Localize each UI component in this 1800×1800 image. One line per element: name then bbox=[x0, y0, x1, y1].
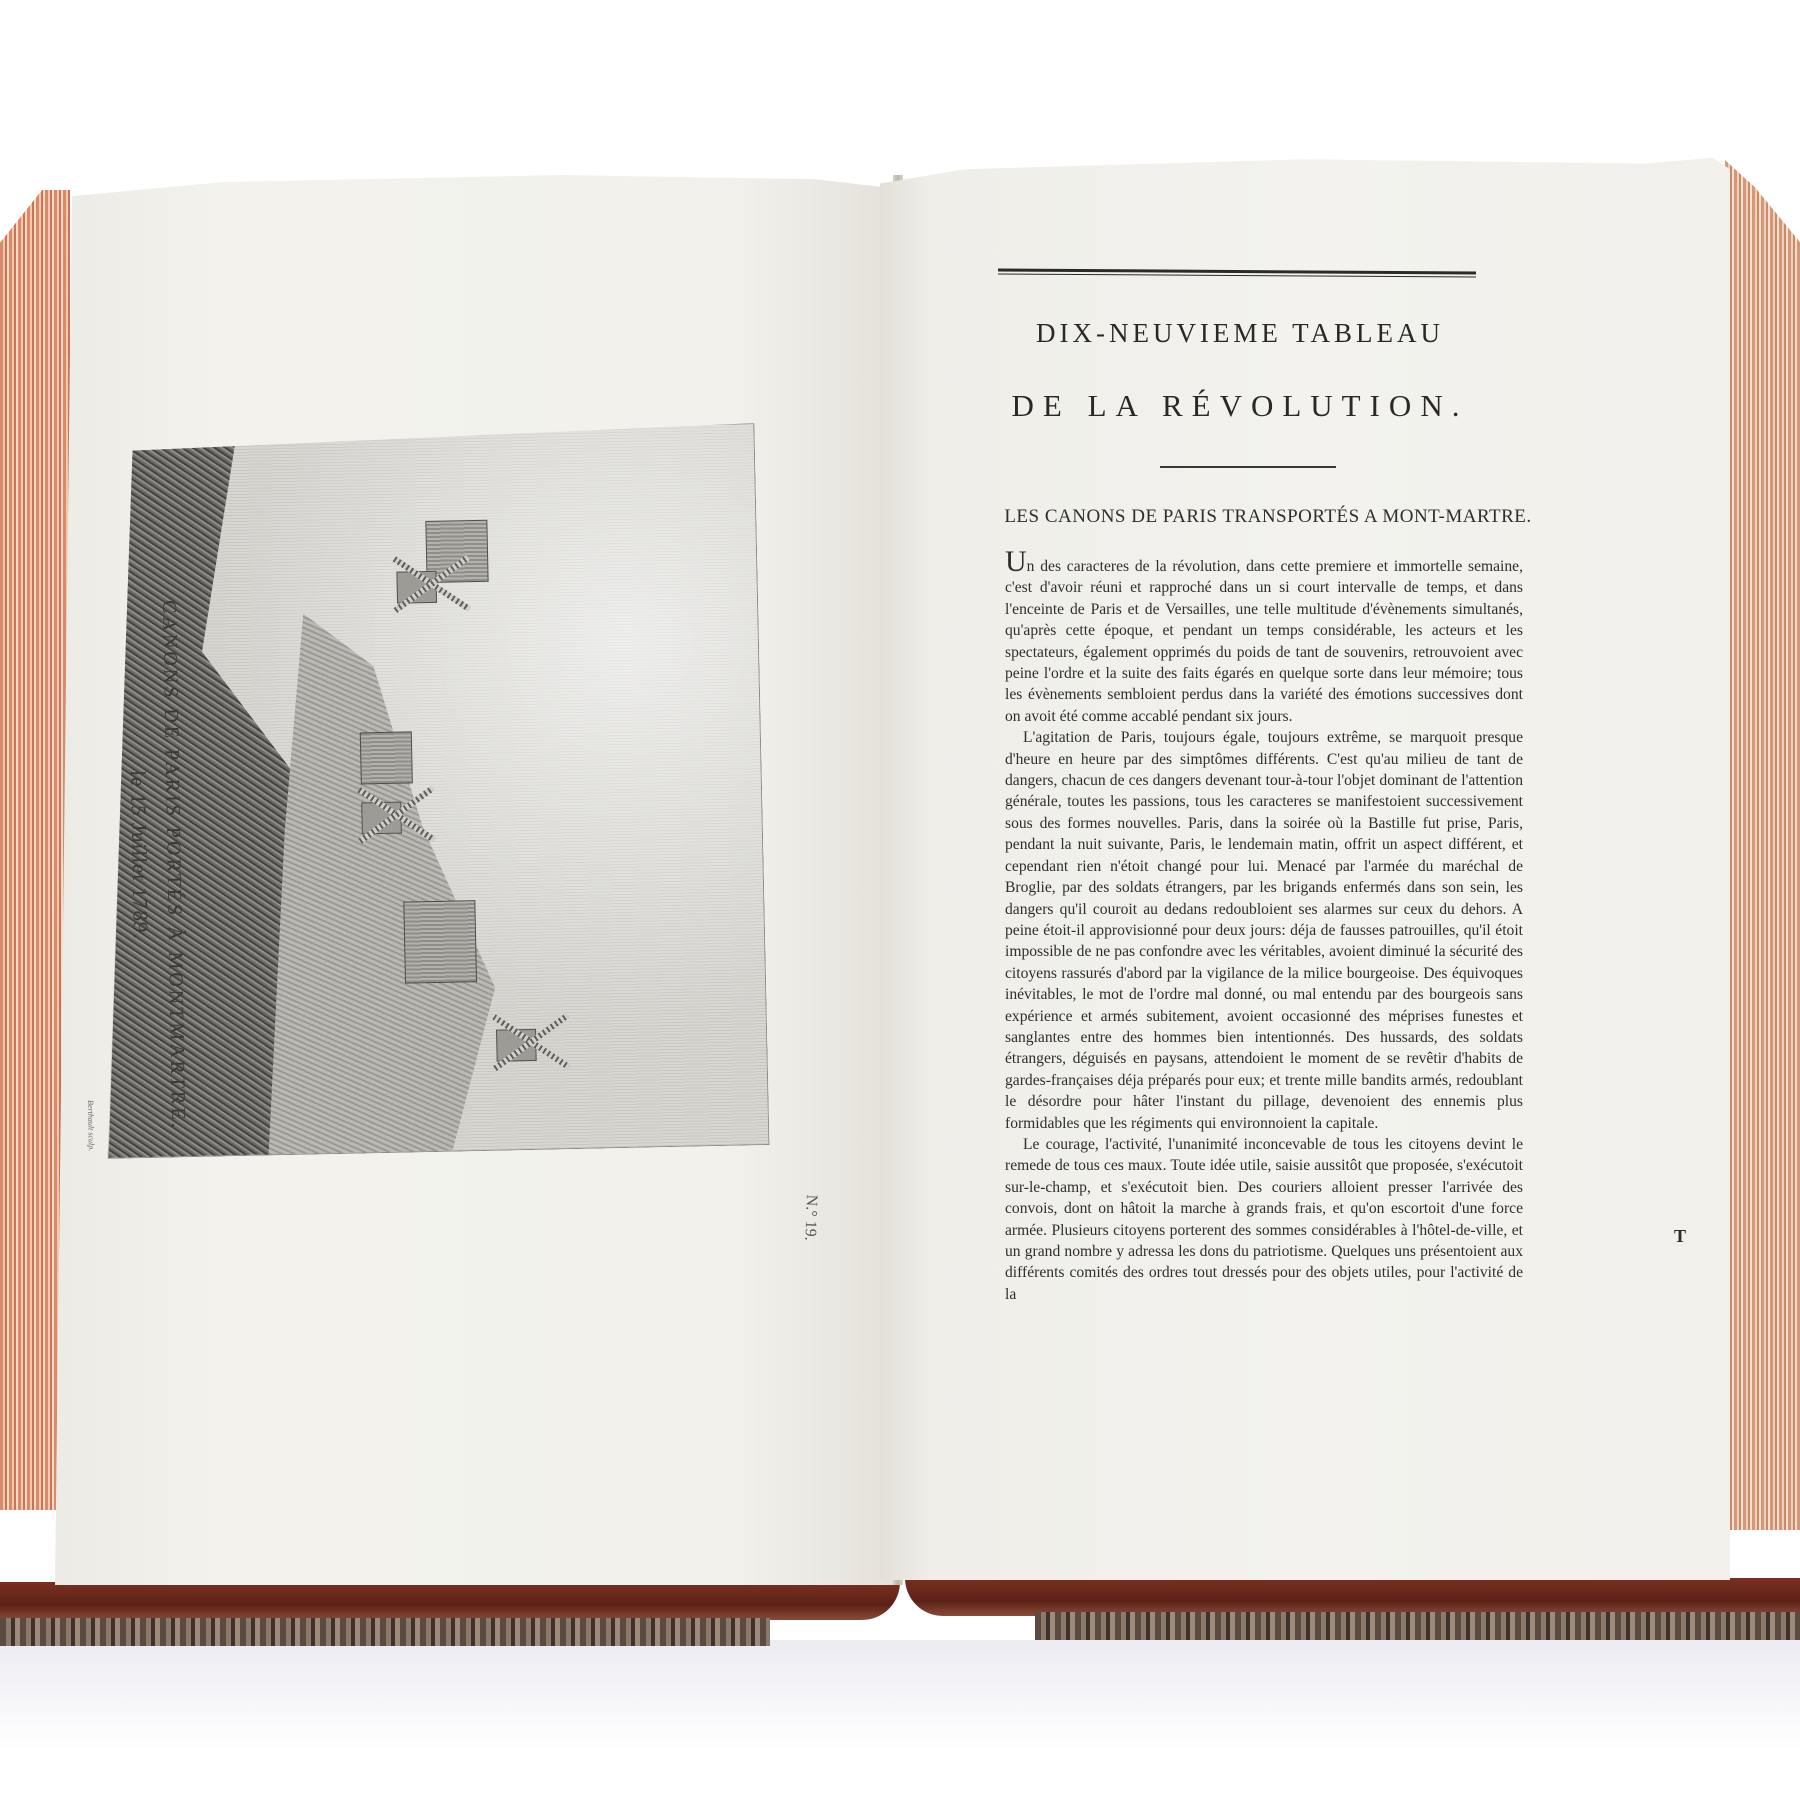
paragraph: Un des caracteres de la révolution, dans… bbox=[1005, 552, 1523, 727]
engraving-house bbox=[403, 900, 477, 983]
right-worn-cover bbox=[1035, 1612, 1800, 1640]
engraver-signature: Berthault sculp. bbox=[86, 1100, 96, 1151]
photo-scene: CANONS DE PARIS PORTÉS À MONTMARTRE, le … bbox=[0, 0, 1800, 1800]
left-worn-cover bbox=[0, 1618, 770, 1646]
plate-number: N.° 19. bbox=[800, 1194, 820, 1241]
signature-mark: T bbox=[1674, 1226, 1686, 1247]
engraving-caption: CANONS DE PARIS PORTÉS À MONTMARTRE, le … bbox=[150, 600, 210, 1040]
engraving-hillside-light bbox=[257, 610, 498, 1155]
chapter-subtitle: LES CANONS DE PARIS TRANSPORTÉS A MONT-M… bbox=[1003, 506, 1533, 528]
paragraph: Le courage, l'activité, l'unanimité inco… bbox=[1005, 1134, 1523, 1305]
table-shadow bbox=[0, 1640, 1800, 1750]
chapter-title-line1: DIX-NEUVIEME TABLEAU bbox=[990, 318, 1490, 349]
right-bottom-page-edge bbox=[905, 1578, 1800, 1616]
rule-divider bbox=[1160, 466, 1336, 468]
engraving-mill-tower bbox=[360, 731, 413, 784]
right-fore-edge bbox=[1725, 160, 1800, 1530]
chapter-title-line2: DE LA RÉVOLUTION. bbox=[990, 388, 1490, 424]
left-bottom-page-edge bbox=[0, 1582, 900, 1620]
engraving-caption-date: le 15 Juillet 1789. bbox=[125, 770, 153, 940]
paragraph: L'agitation de Paris, toujours égale, to… bbox=[1005, 727, 1523, 1134]
body-text: Un des caracteres de la révolution, dans… bbox=[1005, 552, 1523, 1305]
